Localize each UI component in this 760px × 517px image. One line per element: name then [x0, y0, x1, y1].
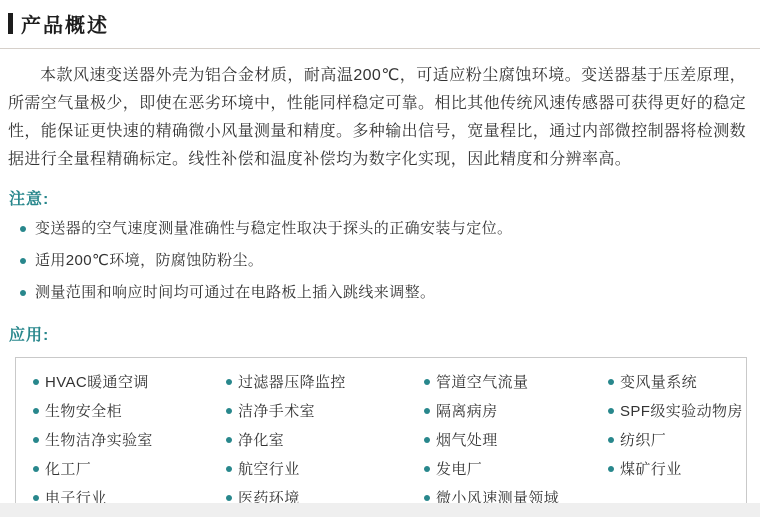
- bullet-icon: [424, 495, 430, 501]
- bullet-icon: [33, 379, 39, 385]
- applications-column-4: 变风量系统 SPF级实验动物房 纺织厂 煤矿行业: [608, 368, 738, 503]
- document-page: 产品概述 本款风速变送器外壳为铝合金材质，耐高温200℃，可适应粉尘腐蚀环境。变…: [0, 0, 760, 503]
- application-item: SPF级实验动物房: [608, 397, 738, 426]
- bullet-icon: [226, 495, 232, 501]
- notes-heading: 注意:: [0, 186, 760, 209]
- application-label: HVAC暖通空调: [45, 368, 149, 397]
- bullet-icon: [33, 408, 39, 414]
- bullet-icon: [608, 379, 614, 385]
- application-label: 航空行业: [238, 455, 300, 484]
- application-item: 烟气处理: [424, 426, 608, 455]
- bullet-icon: [608, 437, 614, 443]
- bullet-icon: [33, 495, 39, 501]
- application-item: 管道空气流量: [424, 368, 608, 397]
- application-label: 电子行业: [45, 484, 107, 503]
- application-label: 生物安全柜: [45, 397, 122, 426]
- application-label: 发电厂: [436, 455, 482, 484]
- bullet-icon: [424, 466, 430, 472]
- bullet-icon: [424, 379, 430, 385]
- note-item: 测量范围和响应时间均可通过在电路板上插入跳线来调整。: [20, 277, 760, 309]
- applications-column-2: 过滤器压降监控 洁净手术室 净化室 航空行业 医药环境: [226, 368, 424, 503]
- note-text: 变送器的空气速度测量准确性与稳定性取决于探头的正确安装与定位。: [35, 213, 512, 245]
- bullet-icon: [226, 466, 232, 472]
- header-divider: [0, 48, 760, 49]
- bullet-icon: [226, 437, 232, 443]
- bullet-icon: [608, 466, 614, 472]
- application-label: 微小风速测量领域: [436, 484, 559, 503]
- application-item: 洁净手术室: [226, 397, 424, 426]
- bullet-icon: [20, 258, 26, 264]
- application-label: 隔离病房: [436, 397, 498, 426]
- bullet-icon: [20, 226, 26, 232]
- notes-list: 变送器的空气速度测量准确性与稳定性取决于探头的正确安装与定位。 适用200℃环境…: [0, 213, 760, 309]
- application-item: 微小风速测量领域: [424, 484, 608, 503]
- application-item: 煤矿行业: [608, 455, 738, 484]
- application-label: 纺织厂: [620, 426, 666, 455]
- bullet-icon: [20, 290, 26, 296]
- note-item: 适用200℃环境，防腐蚀防粉尘。: [20, 245, 760, 277]
- page-title: 产品概述: [21, 9, 109, 38]
- application-item: 纺织厂: [608, 426, 738, 455]
- application-item: 发电厂: [424, 455, 608, 484]
- application-label: 生物洁净实验室: [45, 426, 153, 455]
- bullet-icon: [33, 466, 39, 472]
- application-label: 化工厂: [45, 455, 91, 484]
- bullet-icon: [226, 379, 232, 385]
- header-accent-bar: [8, 13, 13, 34]
- note-text: 测量范围和响应时间均可通过在电路板上插入跳线来调整。: [35, 277, 435, 309]
- application-label: 管道空气流量: [436, 368, 528, 397]
- bullet-icon: [424, 437, 430, 443]
- application-label: 净化室: [238, 426, 284, 455]
- application-item: 航空行业: [226, 455, 424, 484]
- application-item: 变风量系统: [608, 368, 738, 397]
- application-label: 医药环境: [238, 484, 300, 503]
- application-item: 化工厂: [33, 455, 226, 484]
- application-label: SPF级实验动物房: [620, 397, 743, 426]
- application-label: 过滤器压降监控: [238, 368, 346, 397]
- application-item: 生物洁净实验室: [33, 426, 226, 455]
- bullet-icon: [424, 408, 430, 414]
- overview-paragraph: 本款风速变送器外壳为铝合金材质，耐高温200℃，可适应粉尘腐蚀环境。变送器基于压…: [8, 62, 746, 174]
- application-item: 隔离病房: [424, 397, 608, 426]
- section-header: 产品概述: [0, 0, 760, 38]
- note-item: 变送器的空气速度测量准确性与稳定性取决于探头的正确安装与定位。: [20, 213, 760, 245]
- application-item: 电子行业: [33, 484, 226, 503]
- applications-column-1: HVAC暖通空调 生物安全柜 生物洁净实验室 化工厂 电子行业: [33, 368, 226, 503]
- application-label: 烟气处理: [436, 426, 498, 455]
- application-item: HVAC暖通空调: [33, 368, 226, 397]
- applications-box: HVAC暖通空调 生物安全柜 生物洁净实验室 化工厂 电子行业 过滤: [15, 357, 747, 503]
- bullet-icon: [608, 408, 614, 414]
- application-label: 煤矿行业: [620, 455, 682, 484]
- application-label: 洁净手术室: [238, 397, 315, 426]
- bullet-icon: [33, 437, 39, 443]
- application-item: 医药环境: [226, 484, 424, 503]
- application-label: 变风量系统: [620, 368, 697, 397]
- note-text: 适用200℃环境，防腐蚀防粉尘。: [35, 245, 263, 277]
- bullet-icon: [226, 408, 232, 414]
- applications-heading: 应用:: [0, 322, 760, 345]
- application-item: 净化室: [226, 426, 424, 455]
- application-item: 生物安全柜: [33, 397, 226, 426]
- application-item: 过滤器压降监控: [226, 368, 424, 397]
- applications-column-3: 管道空气流量 隔离病房 烟气处理 发电厂 微小风速测量领域: [424, 368, 608, 503]
